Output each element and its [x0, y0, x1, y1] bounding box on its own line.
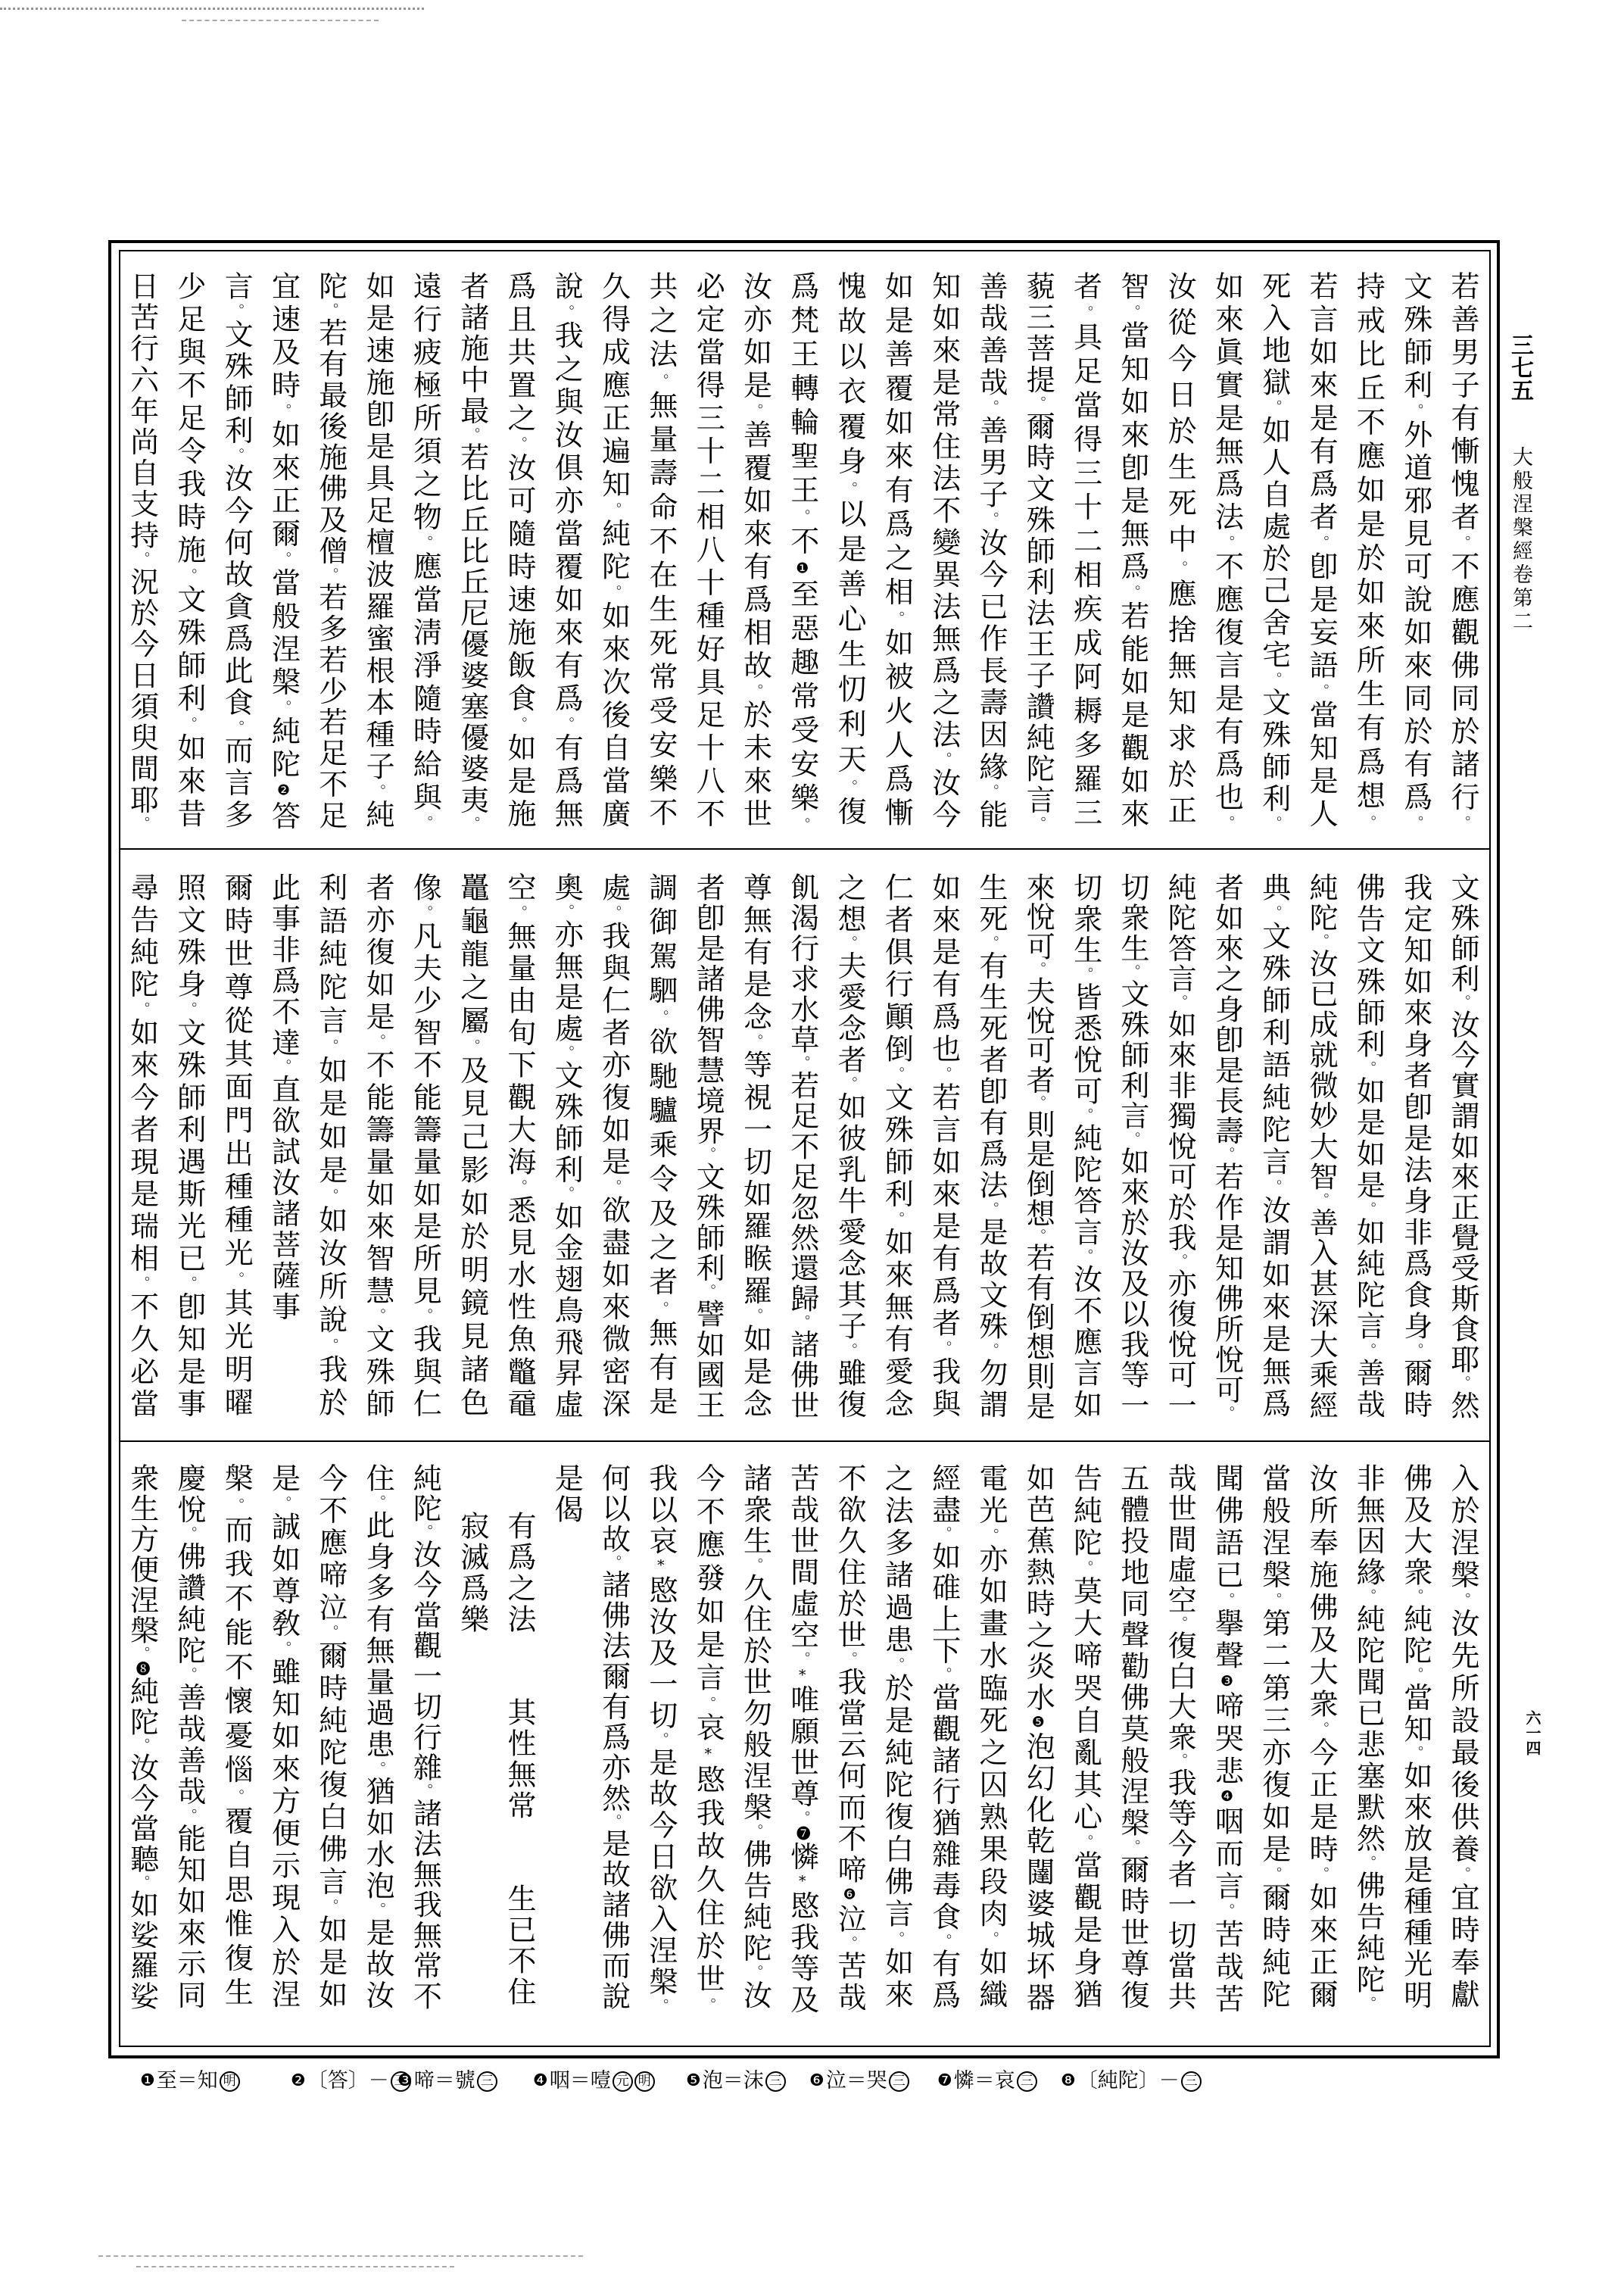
scan-artifact-top-faint [182, 20, 379, 21]
footnote-marker: ❼ [937, 2066, 952, 2096]
text-column: 切衆生。文殊師利言。如來於汝及以我等一 [1116, 872, 1149, 1421]
text-column: 純陀答言。如來非獨悅可於我。亦復悅可一 [1163, 872, 1196, 1421]
text-column: 不欲久住於世。我當云何而不啼❻泣。苦哉 [833, 1463, 866, 2011]
text-column: 五體投地同聲勸佛莫般涅槃。爾時世尊復 [1116, 1463, 1149, 2011]
footnote-2: ❷ 〔答〕－ 三 [291, 2066, 411, 2096]
text-column: 必定當得三十二相八十種好具足十八不 [691, 271, 725, 832]
text-column: 若善男子有慚愧者。不應觀佛同於諸行。 [1446, 271, 1479, 832]
text-column: 我定知如來身者卽是法身非爲食身。爾時 [1399, 872, 1432, 1421]
text-column: 今不應發如是言。哀*愍我故久住於世。 [691, 1463, 725, 2011]
text-column: 生死。有生死者卽有爲法。是故文殊。勿謂 [974, 872, 1008, 1421]
text-column: 之想。夫愛念者。如彼乳牛愛念其子。雖復 [833, 872, 866, 1421]
text-column: 來悅可。夫悅可者。則是倒想。若有倒想則是 [1021, 872, 1055, 1421]
text-column: 汝所奉施佛及大衆。今正是時。如來正爾 [1304, 1463, 1338, 2011]
text-column: 佛告文殊師利。如是如是。如純陀言。善哉 [1351, 872, 1385, 1421]
text-column: 鼉龜龍之屬。及見己影如於明鏡見諸色 [456, 872, 489, 1421]
footnote-body: 泣＝哭 [826, 2066, 887, 2096]
footnote-6: ❻ 泣＝哭 三 [809, 2066, 909, 2096]
text-column: 善哉善哉。善男子。汝今已作長壽因緣。能 [974, 271, 1008, 832]
text-column: 電光。亦如畫水臨死之囚熟果段肉。如織 [974, 1463, 1008, 2011]
edition-siglum: 三 [765, 2071, 786, 2092]
text-column: 我以哀*愍汝及一切。是故今日欲入涅槃。 [644, 1463, 678, 2011]
text-column: 死入地獄。如人自處於己舍宅。文殊師利。 [1258, 271, 1291, 832]
text-column: 如是速施卽是具足檀波羅蜜根本種子。純 [361, 271, 394, 832]
text-column: 遠行疲極所須之物。應當淸淨隨時給與。 [408, 271, 441, 832]
text-column: 如來是有爲也。若言如來是有爲者。我與 [927, 872, 961, 1421]
edition-siglum: 明 [220, 2071, 240, 2092]
footnote-body: 至＝知 [157, 2066, 218, 2096]
text-column: 少足與不足令我時施。文殊師利。如來昔 [173, 271, 206, 832]
text-column: 是。誠如尊敎。雖知如來方便示現入於涅 [267, 1463, 301, 2011]
text-column: 者亦復如是。不能籌量如來智慧。文殊師 [361, 872, 394, 1421]
text-column: 共之法。無量壽命不在生死常受安樂不 [644, 271, 678, 832]
text-column: 如是善覆如來有爲之相。如被火人爲慚 [880, 271, 913, 832]
text-column: 非無因緣。純陀聞已悲塞默然。佛告純陀。 [1351, 1463, 1385, 2011]
text-column: 若言如來是有爲者。卽是妄語。當知是人 [1304, 271, 1338, 832]
text-column: 言。文殊師利。汝今何故貪爲此食。而言多 [220, 271, 253, 832]
footnote-body: 啼＝號 [414, 2066, 475, 2096]
footnote-1: ❶ 至＝知 明 [140, 2066, 240, 2096]
text-column: 尊無有是念。等視一切如羅睺羅。如是念 [739, 872, 772, 1421]
edition-siglum: 元 [613, 2071, 633, 2092]
text-column: 汝亦如是。善覆如來有爲相故。於未來世 [739, 271, 772, 832]
edition-siglum: 三 [1181, 2071, 1202, 2092]
footnote-apparatus: ❶ 至＝知 明 ❷ 〔答〕－ 三 ❸ 啼＝號 三 ❹ 咽＝噎 元 明 ❺ 泡＝沫… [0, 2066, 1624, 2099]
footnote-body: 〔答〕－ [307, 2066, 389, 2096]
text-column: 者諸施中最。若比丘比丘尼優婆塞優婆夷。 [456, 271, 489, 832]
text-column: 哉世間虛空。復白大衆。我等今者一切當共 [1163, 1463, 1196, 2011]
footnote-marker: ❷ [291, 2066, 306, 2096]
text-column: 文殊師利。汝今實謂如來正覺受斯食耶。然 [1446, 872, 1479, 1421]
text-column-paragraph-end: 是偈 [550, 1463, 583, 2011]
footnote-body: 泡＝沫 [703, 2066, 764, 2096]
text-column: 諸衆生。久住於世勿般涅槃。佛告純陀。汝 [739, 1463, 772, 2011]
text-column: 純陀。汝已成就微妙大智。善入甚深大乘經 [1304, 872, 1338, 1421]
footnote-body: 咽＝噎 [550, 2066, 611, 2096]
text-column: 智。當知如來卽是無爲。若能如是觀如來 [1116, 271, 1149, 832]
text-column: 住。此身多有無量過患。猶如水泡。是故汝 [361, 1463, 394, 2011]
register-divider-upper [119, 848, 1491, 850]
text-column: 何以故。諸佛法爾有爲亦然。是故諸佛而說 [597, 1463, 631, 2011]
verse-column: 有爲之法 其性無常 生已不住 [503, 1463, 536, 2011]
text-column: 苦哉世間虛空。*唯願世尊。❼憐*愍我等及 [786, 1463, 819, 2011]
text-column: 空。無量由旬下觀大海。悉見水性魚鼈黿 [503, 872, 536, 1421]
footnote-8: ❽ 〔純陀〕－ 三 [1061, 2066, 1202, 2096]
edition-siglum: 明 [634, 2071, 655, 2092]
text-column: 調御駕駟。欲馳驢乘令及之者。無有是 [644, 872, 678, 1421]
text-column: 尋告純陀。如來今者現是瑞相。不久必當 [126, 872, 159, 1421]
text-column: 知如來是常住法不變異法無爲之法。汝今 [927, 271, 961, 832]
text-column-paragraph-end: 此事非爲不達。直欲試汝諸菩薩事 [267, 872, 301, 1421]
text-column: 愧故以衣覆身。以是善心生忉利天。復 [833, 271, 866, 832]
footnote-marker: ❹ [533, 2066, 548, 2096]
margin-page-reference: 六一四 [1522, 1710, 1543, 1759]
text-column: 槃。而我不能不懷憂惱。覆自思惟復生 [220, 1463, 253, 2011]
text-column: 爲且共置之。汝可隨時速施飯食。如是施 [503, 271, 536, 832]
page-number: 三七五 [1507, 333, 1532, 406]
scripture-page: 三七五 大般涅槃經卷第二 六一四 若善男子有慚愧者。不應觀佛同於諸行。 文殊師利… [0, 0, 1624, 2272]
text-column: 今不應啼泣。爾時純陀復白佛言。如是如 [314, 1463, 348, 2011]
text-column: 說。我之與汝俱亦當覆如來有爲。有爲無 [550, 271, 583, 832]
register-divider-lower [119, 1440, 1491, 1442]
text-column: 日苦行六年尚自支持。況於今日須臾間耶。 [126, 271, 159, 832]
text-column: 衆生方便涅槃。❽純陀。汝今當聽。如娑羅娑 [126, 1463, 159, 2011]
footnote-marker: ❽ [1061, 2066, 1076, 2096]
text-column: 陀。若有最後施佛及僧。若多若少若足不足 [314, 271, 348, 832]
text-column: 處。我與仁者亦復如是。欲盡如來微密深 [597, 872, 631, 1421]
text-column: 慶悅。佛讚純陀。善哉善哉。能知如來示同 [173, 1463, 206, 2011]
text-column: 者。具足當得三十二相疾成阿耨多羅三 [1069, 271, 1102, 832]
text-column: 當般涅槃。第二第三亦復如是。爾時純陀 [1258, 1463, 1291, 2011]
footnote-5: ❺ 泡＝沫 三 [686, 2066, 786, 2096]
text-column: 如來眞實是無爲法。不應復言是有爲也。 [1211, 271, 1244, 832]
text-column: 奧。亦無是處。文殊師利。如金翅鳥飛昇虛 [550, 872, 583, 1421]
text-column: 飢渴行求水草。若足不足忽然還歸。諸佛世 [786, 872, 819, 1421]
text-column: 者如來之身卽是長壽。若作是知佛所悅可。 [1211, 872, 1244, 1421]
edition-siglum: 三 [889, 2071, 909, 2092]
text-column: 者卽是諸佛智慧境界。文殊師利。譬如國王 [691, 872, 725, 1421]
footnote-marker: ❻ [809, 2066, 824, 2096]
footnote-7: ❼ 憐＝哀 三 [937, 2066, 1037, 2096]
footnote-marker: ❺ [686, 2066, 701, 2096]
text-column: 仁者俱行顚倒。文殊師利。如來無有愛念 [880, 872, 913, 1421]
scan-artifact-bottom [98, 2255, 583, 2257]
text-column: 告純陀。莫大啼哭自亂其心。當觀是身猶 [1069, 1463, 1102, 2011]
text-column: 像。凡夫少智不能籌量如是所見。我與仁 [408, 872, 441, 1421]
edition-siglum: 三 [477, 2071, 497, 2092]
footnote-body: 憐＝哀 [954, 2066, 1015, 2096]
text-column: 汝從今日於生死中。應捨無知求於正 [1163, 271, 1196, 832]
footnote-body: 〔純陀〕－ [1077, 2066, 1180, 2096]
text-column: 宜速及時。如來正爾。當般涅槃。純陀❷答 [267, 271, 301, 832]
footnote-4: ❹ 咽＝噎 元 明 [533, 2066, 655, 2096]
text-column: 爾時世尊從其面門出種種光。其光明曜 [220, 872, 253, 1421]
text-column: 之法多諸過患。於是純陀復白佛言。如來 [880, 1463, 913, 2011]
text-column: 藐三菩提。爾時文殊師利法王子讚純陀言。 [1021, 271, 1055, 832]
text-column: 照文殊身。文殊師利遇斯光已。卽知是事 [173, 872, 206, 1421]
text-column: 爲梵王轉輪聖王。不❶至惡趣常受安樂。 [786, 271, 819, 832]
text-column: 入於涅槃。汝先所設最後供養。宜時奉獻 [1446, 1463, 1479, 2011]
text-column: 切衆生。皆悉悅可。純陀答言。汝不應言如 [1069, 872, 1102, 1421]
text-column: 久得成應正遍知。純陀。如來次後自當廣 [597, 271, 631, 832]
scan-artifact-bottom-faint [136, 2266, 454, 2267]
text-column: 純陀。汝今當觀一切行雜。諸法無我無常不 [408, 1463, 441, 2011]
text-column: 聞佛語已。擧聲❸啼哭悲❹咽而言。苦哉苦 [1211, 1463, 1244, 2011]
text-column: 典。文殊師利語純陀言。汝謂如來是無爲 [1258, 872, 1291, 1421]
footnote-marker: ❸ [397, 2066, 413, 2096]
running-title: 大般涅槃經卷第二 [1508, 446, 1532, 643]
text-column: 文殊師利。外道邪見可說如來同於有爲。 [1399, 271, 1432, 832]
text-column: 經盡。如碓上下。當觀諸行猶雜毒食。有爲 [927, 1463, 961, 2011]
edition-siglum: 三 [1017, 2071, 1037, 2092]
text-column: 持戒比丘不應如是於如來所生有爲想。 [1351, 271, 1385, 832]
scan-artifact-top [0, 8, 424, 10]
text-column: 佛及大衆。純陀。當知。如來放是種種光明 [1399, 1463, 1432, 2011]
verse-column: 寂滅爲樂 [456, 1463, 489, 2011]
footnote-3: ❸ 啼＝號 三 [397, 2066, 497, 2096]
text-column: 如芭蕉熱時之炎水❺泡幻化乾闥婆城坏器 [1021, 1463, 1055, 2011]
text-column: 利語純陀言。如是如是。如汝所說。我於 [314, 872, 348, 1421]
footnote-marker: ❶ [140, 2066, 155, 2096]
